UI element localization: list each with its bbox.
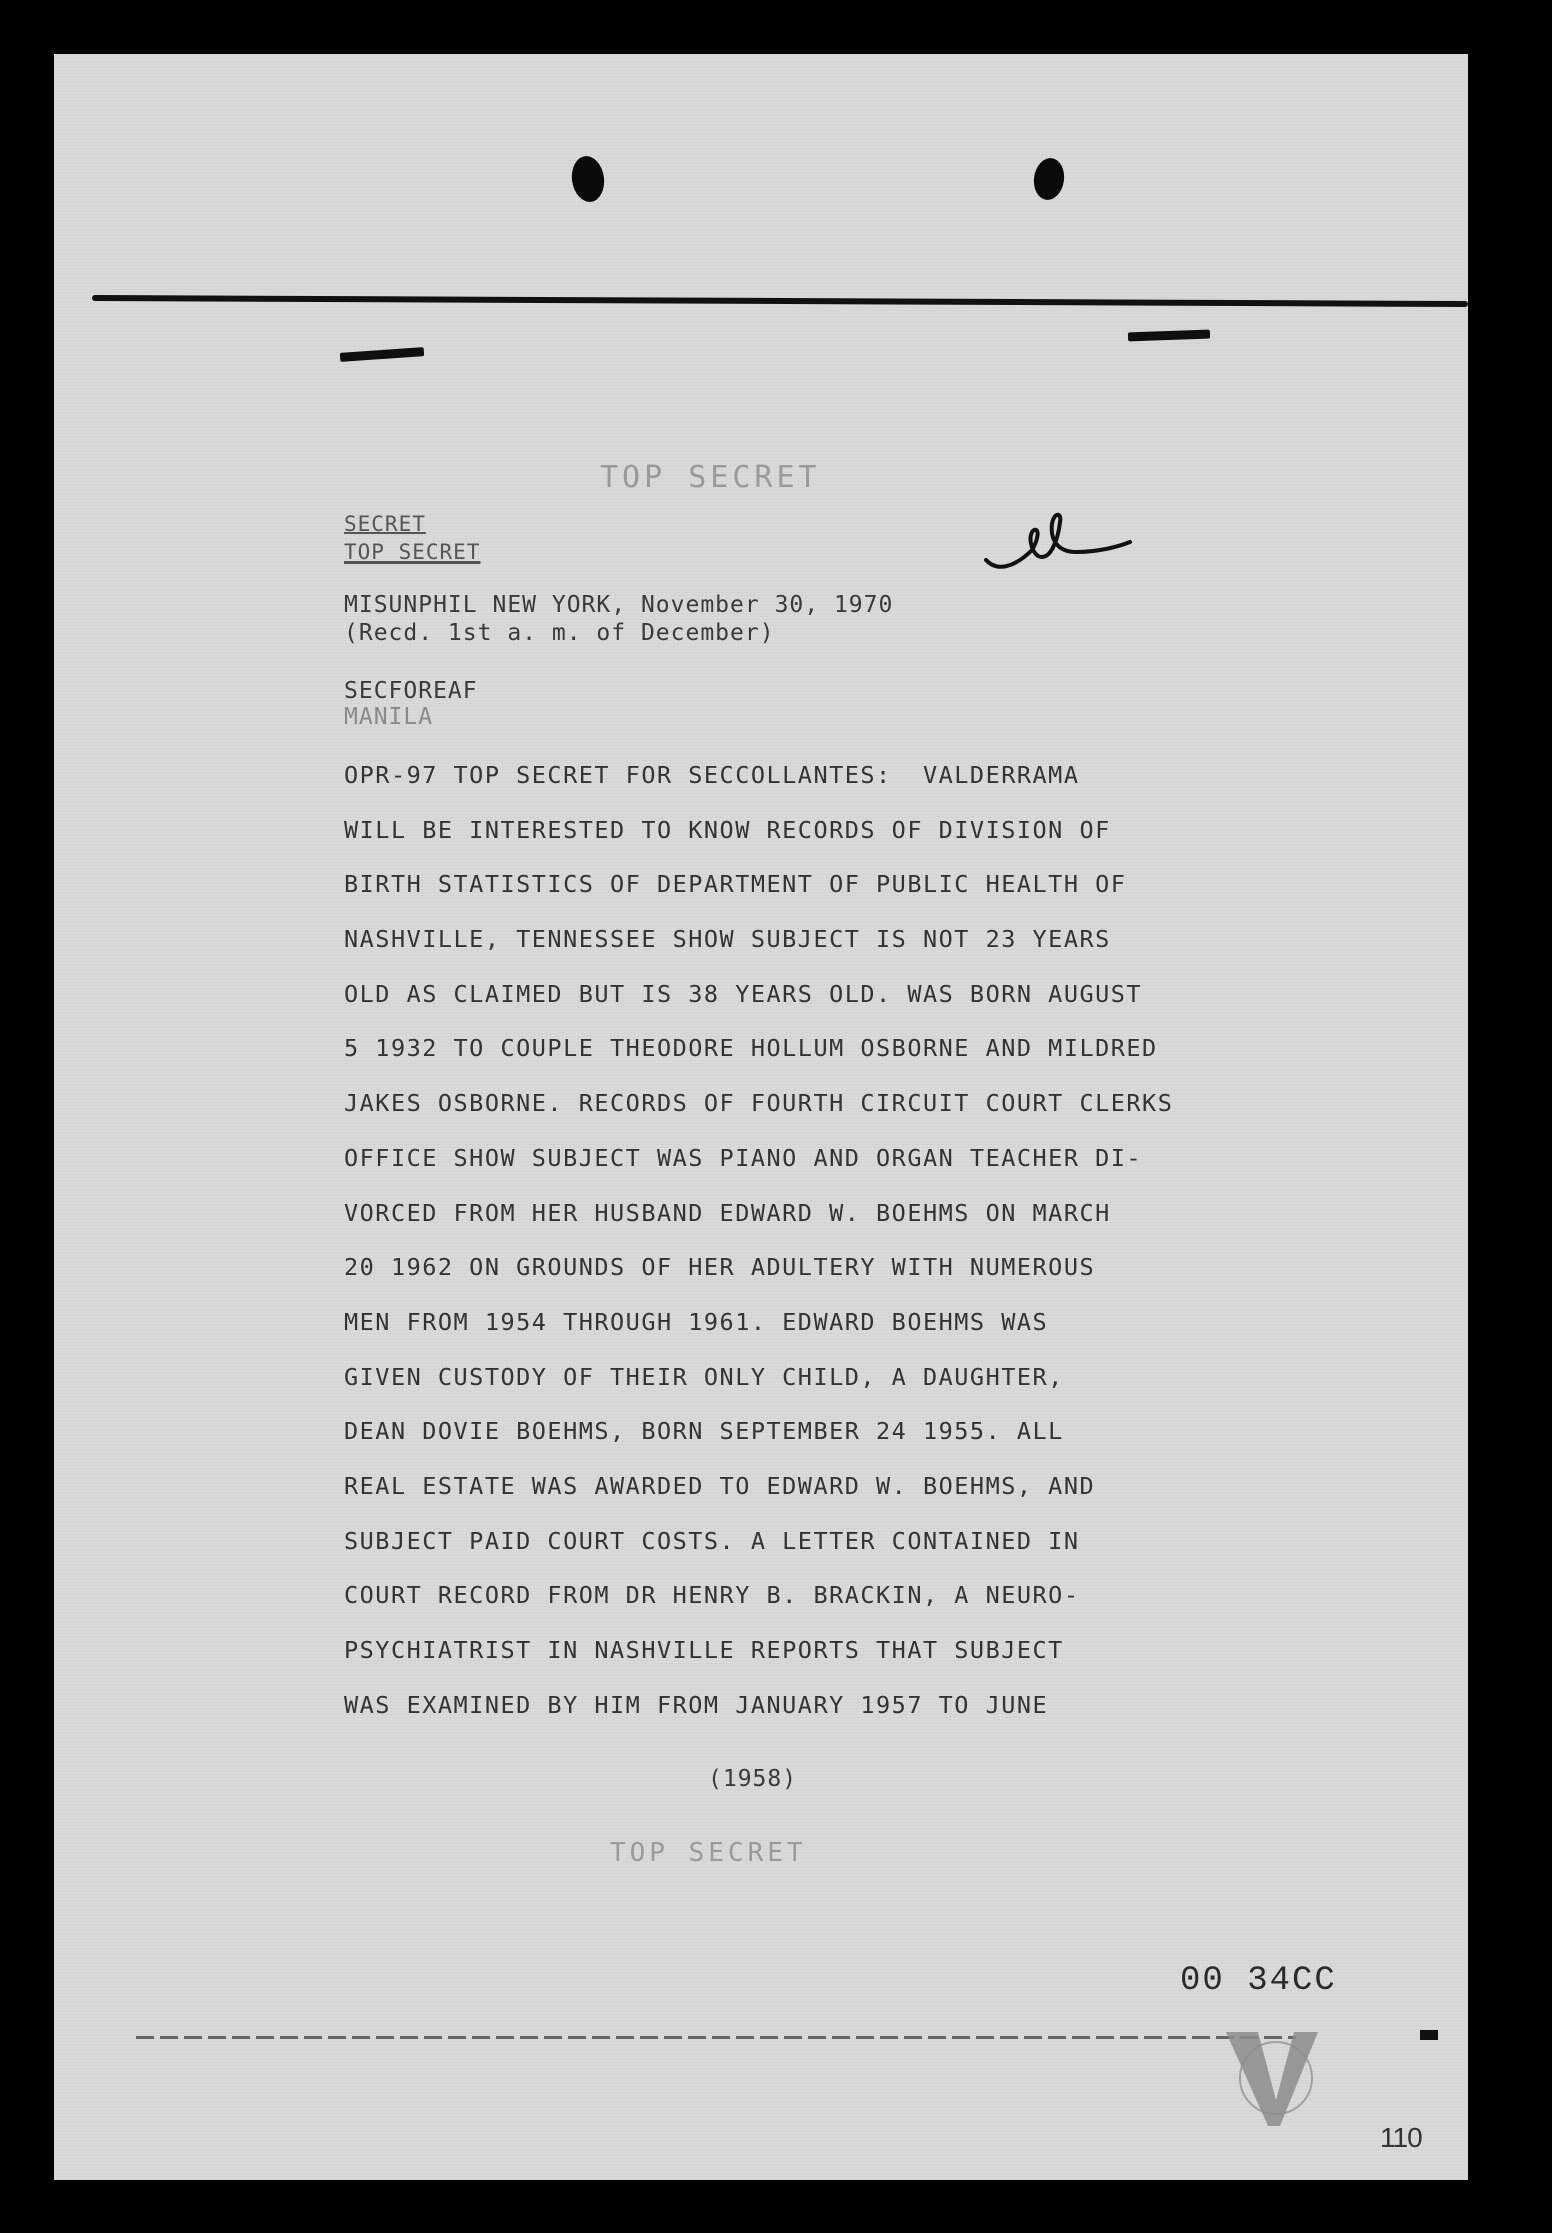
body-line: COURT RECORD FROM DR HENRY B. BRACKIN, A… [344,1580,1173,1635]
body-line: 5 1932 TO COUPLE THEODORE HOLLUM OSBORNE… [344,1033,1173,1088]
body-line: GIVEN CUSTODY OF THEIR ONLY CHILD, A DAU… [344,1362,1173,1417]
addressee-line-1: SECFOREAF [344,678,478,704]
body-line: WAS EXAMINED BY HIM FROM JANUARY 1957 TO… [344,1690,1173,1745]
received-line: (Recd. 1st a. m. of December) [344,620,775,646]
header-stamp-top-secret: TOP SECRET [344,540,480,564]
message-body: OPR-97 TOP SECRET FOR SECCOLLANTES: VALD… [344,760,1173,1744]
page-number: 110 [1380,2122,1422,2154]
addressee-line-2: MANILA [344,704,433,730]
paper-tear [1420,2030,1438,2040]
body-line: JAKES OSBORNE. RECORDS OF FOURTH CIRCUIT… [344,1088,1173,1143]
body-line: MEN FROM 1954 THROUGH 1961. EDWARD BOEHM… [344,1307,1173,1362]
body-line: PSYCHIATRIST IN NASHVILLE REPORTS THAT S… [344,1635,1173,1690]
body-line: 20 1962 ON GROUNDS OF HER ADULTERY WITH … [344,1252,1173,1307]
punch-hole [1031,156,1067,202]
continuation-marker: (1958) [708,1766,797,1792]
classification-bottom: TOP SECRET [610,1838,807,1868]
header-stamp-secret: SECRET [344,512,426,536]
document-number: 00 34CC [1180,1962,1337,2000]
classification-top: TOP SECRET [600,460,821,495]
vera-files-watermark-icon [1218,2030,1328,2130]
footer-divider [136,2036,1296,2039]
body-line: NASHVILLE, TENNESSEE SHOW SUBJECT IS NOT… [344,924,1173,979]
body-line: OFFICE SHOW SUBJECT WAS PIANO AND ORGAN … [344,1143,1173,1198]
body-line: BIRTH STATISTICS OF DEPARTMENT OF PUBLIC… [344,869,1173,924]
punch-hole [569,154,607,204]
body-line: REAL ESTATE WAS AWARDED TO EDWARD W. BOE… [344,1471,1173,1526]
origin-line: MISUNPHIL NEW YORK, November 30, 1970 [344,592,893,618]
body-line: OPR-97 TOP SECRET FOR SECCOLLANTES: VALD… [344,760,1173,815]
body-line: DEAN DOVIE BOEHMS, BORN SEPTEMBER 24 195… [344,1416,1173,1471]
body-line: WILL BE INTERESTED TO KNOW RECORDS OF DI… [344,815,1173,870]
body-line: SUBJECT PAID COURT COSTS. A LETTER CONTA… [344,1526,1173,1581]
body-line: OLD AS CLAIMED BUT IS 38 YEARS OLD. WAS … [344,979,1173,1034]
body-line: VORCED FROM HER HUSBAND EDWARD W. BOEHMS… [344,1198,1173,1253]
handwritten-initials [980,500,1140,580]
